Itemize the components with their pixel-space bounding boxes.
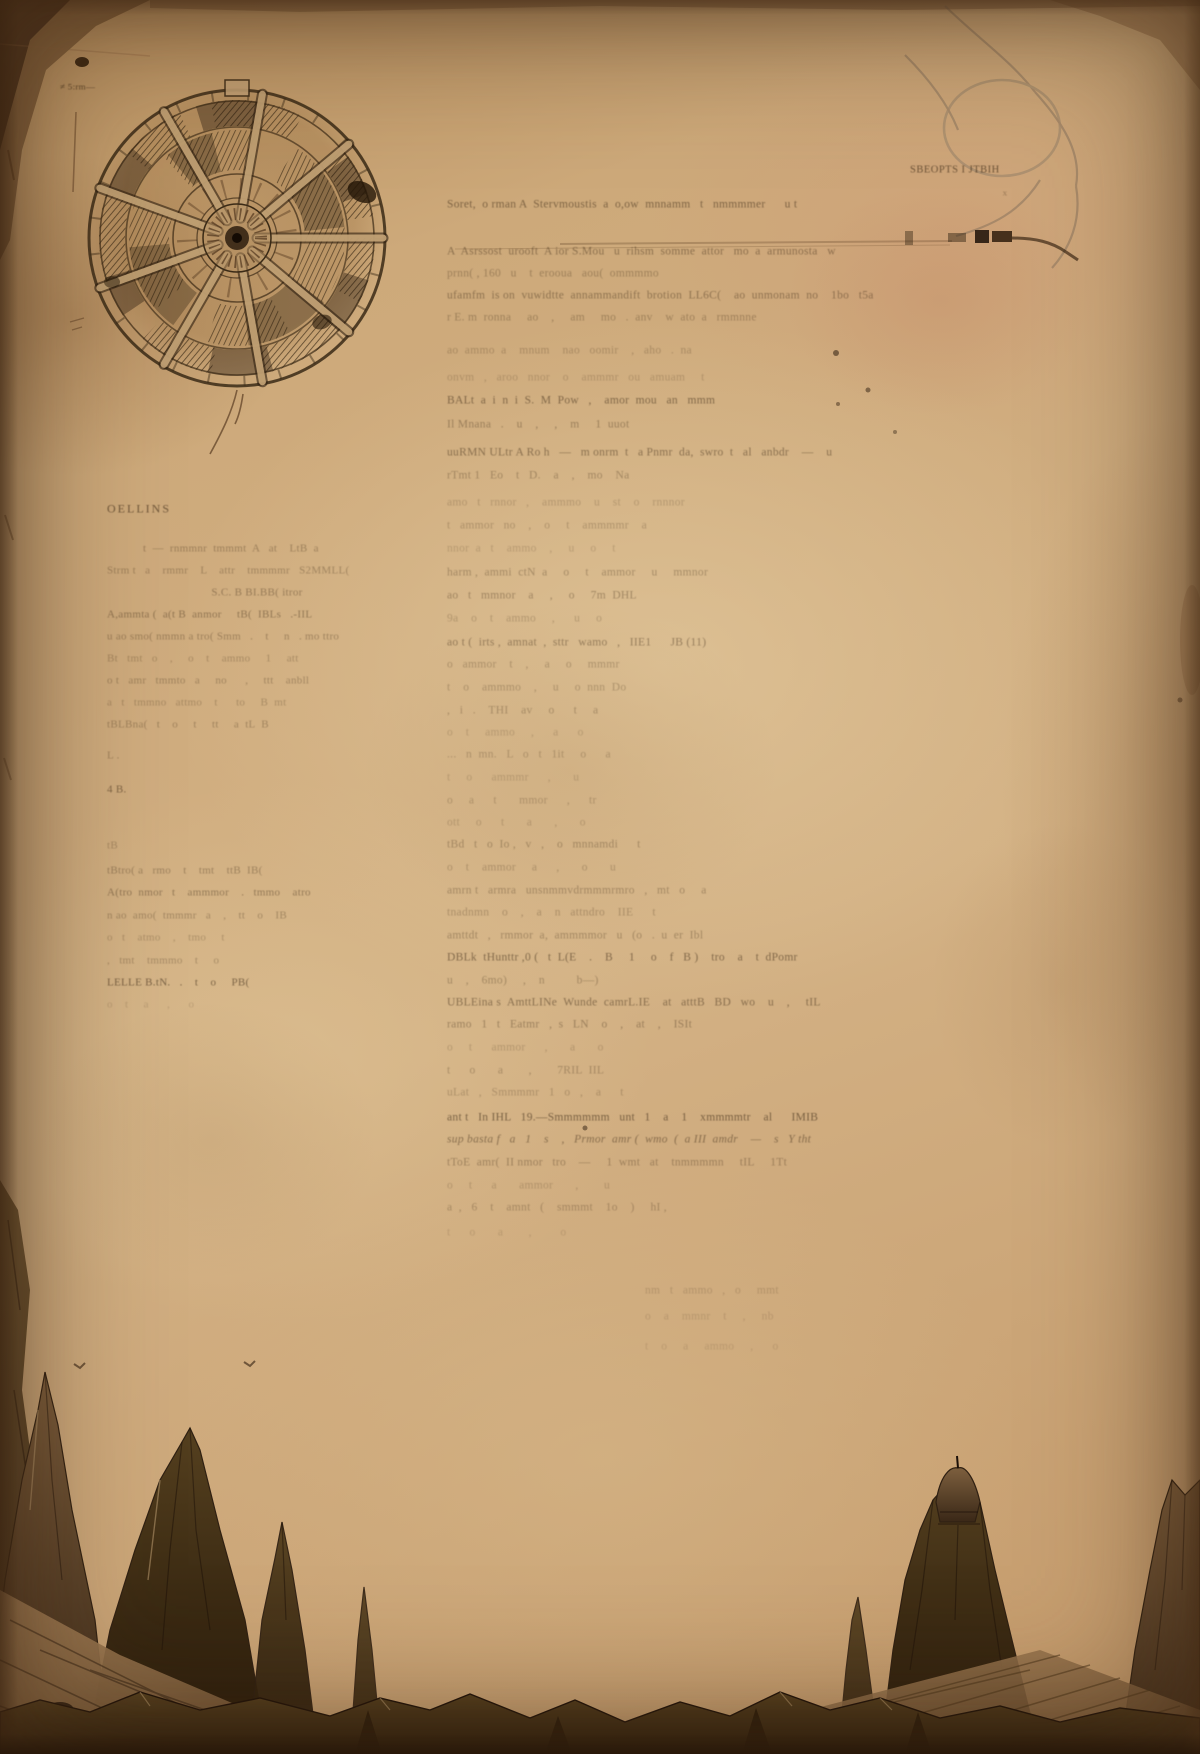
faded-text-line: Strm t a rmmr L attr tmmmmr S2MMLL( xyxy=(107,560,407,581)
faded-text-line: t — rnmmnr tmmmt A at LtB a xyxy=(107,538,407,559)
faded-text-line: , i . THI av o t a xyxy=(447,700,1007,721)
faded-text-line: A,ammta ( a(t B anmor tB( IBLs .-IIL xyxy=(107,604,407,625)
faded-text-line: tBd t o Io , v , o mnnamdi t xyxy=(447,834,1007,855)
faded-text-line: 9a o t ammo , u o xyxy=(447,608,1007,629)
faded-text-line: DBLk tHunttr ,0 ( t L(E . B 1 o f B ) tr… xyxy=(447,947,1007,968)
faded-text-line: tB xyxy=(107,835,407,856)
faded-text-line: UBLEina s AmttLINe Wunde camrL.IE at att… xyxy=(447,992,1007,1013)
faded-text-line: BALt a i n i S. M Pow , amor mou an mmm xyxy=(447,390,1007,411)
right-text-column: Soret, o rman A Stervmoustis a o,ow mnna… xyxy=(447,194,1007,1244)
faded-text-line: amo t rnnor , ammmo u st o rnnnor xyxy=(447,492,1007,513)
wheel-hub xyxy=(203,204,271,272)
faded-text-line: ao ammo a mnum nao oomir , aho . na xyxy=(447,340,1007,361)
faded-text-line: Bt tmt o , o t ammo 1 att xyxy=(107,648,407,669)
faded-text-line: ant t In IHL 19.—Smmmmmm unt 1 a 1 xmmmm… xyxy=(447,1107,1007,1128)
faded-text-line: uuRMN ULtr A Ro h — m onrm t a Pnmr da, … xyxy=(447,442,1007,463)
faded-text-line: o a t mmor , tr xyxy=(447,790,1007,811)
wheel-mechanism-drawing xyxy=(60,72,416,472)
faded-text-line: o t amr tmmto a no , ttt anbll xyxy=(107,670,407,691)
faded-text-line: Il Mnana . u , , m 1 uuot xyxy=(447,414,1007,435)
faded-text-line: tBLBna( t o t tt a tL B xyxy=(107,714,407,735)
mountain-spires-illustration xyxy=(0,1150,1200,1754)
faded-text-line: Soret, o rman A Stervmoustis a o,ow mnna… xyxy=(447,194,1007,215)
faded-text-line: ao t ( irts , amnat , sttr wamo , IIE1 J… xyxy=(447,632,1007,653)
faded-text-line: o t ammor a , o u xyxy=(447,857,1007,878)
faded-text-line: sup basta f a 1 s , Prmor amr ( wmo ( a … xyxy=(447,1129,1007,1150)
faded-text-line: prnn( , 160 u t erooua aou( ommmmo xyxy=(447,263,1007,284)
faded-text-line: ao t mmnor a , o 7m DHL xyxy=(447,585,1007,606)
bird-fleck xyxy=(74,1361,255,1368)
faded-text-line: o t ammor , a o xyxy=(447,1037,1007,1058)
faded-text-line: 4 B. xyxy=(107,779,407,800)
faded-text-line: ≠ 5:rm— xyxy=(60,76,190,97)
parchment-page: ≠ 5:rm— SBEOPTS I JTBIHx OELLINSt — rnmm… xyxy=(0,0,1200,1754)
torn-edge-top xyxy=(150,0,1200,12)
torn-corner-top-right xyxy=(1050,0,1200,90)
faded-text-line: OELLINS xyxy=(107,498,407,519)
faded-text-line: LELLE B.tN. . t o PB( xyxy=(107,972,407,993)
faded-text-line: a t tmmno attmo t to B mt xyxy=(107,692,407,713)
faded-text-line: rTmt 1 Eo t D. a , mo Na xyxy=(447,465,1007,486)
faded-text-line: u ao smo( nmmn a tro( Smm . t n . mo ttr… xyxy=(107,626,407,647)
faded-text-line: tBtro( a rmo t tmt ttB IB( xyxy=(107,860,407,881)
faded-text-line: S.C. B BI.BB( itror xyxy=(107,582,407,603)
faded-text-line: o t atmo , tmo t xyxy=(107,927,407,948)
faded-text-line: t o ammmr , u xyxy=(447,767,1007,788)
faded-text-line: u , 6mo) , n b—) xyxy=(447,970,1007,991)
left-text-column: OELLINSt — rnmmnr tmmmt A at LtB aStrm t… xyxy=(107,498,407,1016)
faded-text-line: uLat , Smmmmr 1 o , a t xyxy=(447,1082,1007,1103)
faded-text-line: onvm , aroo nnor o ammmr ou amuam t xyxy=(447,367,1007,388)
faded-text-line: ufamfm is on vuwidtte annammandift broti… xyxy=(447,285,1007,306)
faded-text-line: , tmt tmmmo t o xyxy=(107,950,407,971)
faded-text-line: t o ammmo , u o nnn Do xyxy=(447,677,1007,698)
edge-shadow-top xyxy=(0,0,1200,15)
faded-text-line: t ammor no , o t ammmmr a xyxy=(447,515,1007,536)
wheel-descender-line xyxy=(210,390,243,454)
faded-text-line: r E. m ronna ao , am mo . anv w ato a rm… xyxy=(447,307,1007,328)
corner-mark-block: ≠ 5:rm— xyxy=(60,76,190,98)
faded-text-line: amrn t armra unsnmmvdrmmmrmro , mt o a xyxy=(447,880,1007,901)
faded-text-line: amttdt , rmmor a, ammmmor u (o . u er Ib… xyxy=(447,925,1007,946)
faded-text-line: ott o t a , o xyxy=(447,812,1007,833)
faded-text-line: tnadnmn o , a n attndro IIE t xyxy=(447,902,1007,923)
faded-text-line: n ao amo( tmmmr a , tt o IB xyxy=(107,905,407,926)
faded-text-line: o t ammo , a o xyxy=(447,722,1007,743)
faded-text-line: ramo 1 t Eatmr , s LN o , at , ISIt xyxy=(447,1014,1007,1035)
faded-text-line: t o a , 7RIL IIL xyxy=(447,1060,1007,1081)
faded-text-line: A Asrssost urooft A ior S.Mou u rihsm so… xyxy=(447,241,1007,262)
faded-text-line: ... n mn. L o t 1it o a xyxy=(447,744,1007,765)
faded-text-line: nnor a t ammo , u o t xyxy=(447,538,1007,559)
faded-text-line: L . xyxy=(107,745,407,766)
faded-text-line: harm , ammi ctN a o t ammor u mmnor xyxy=(447,562,1007,583)
faded-text-line: o t a , o xyxy=(107,994,407,1015)
faded-text-line: SBEOPTS I JTBIH xyxy=(910,160,1100,181)
faded-text-line: o ammor t , a o mmmr xyxy=(447,654,1007,675)
faded-text-line: A(tro nmor t ammmor . tmmo atro xyxy=(107,882,407,903)
